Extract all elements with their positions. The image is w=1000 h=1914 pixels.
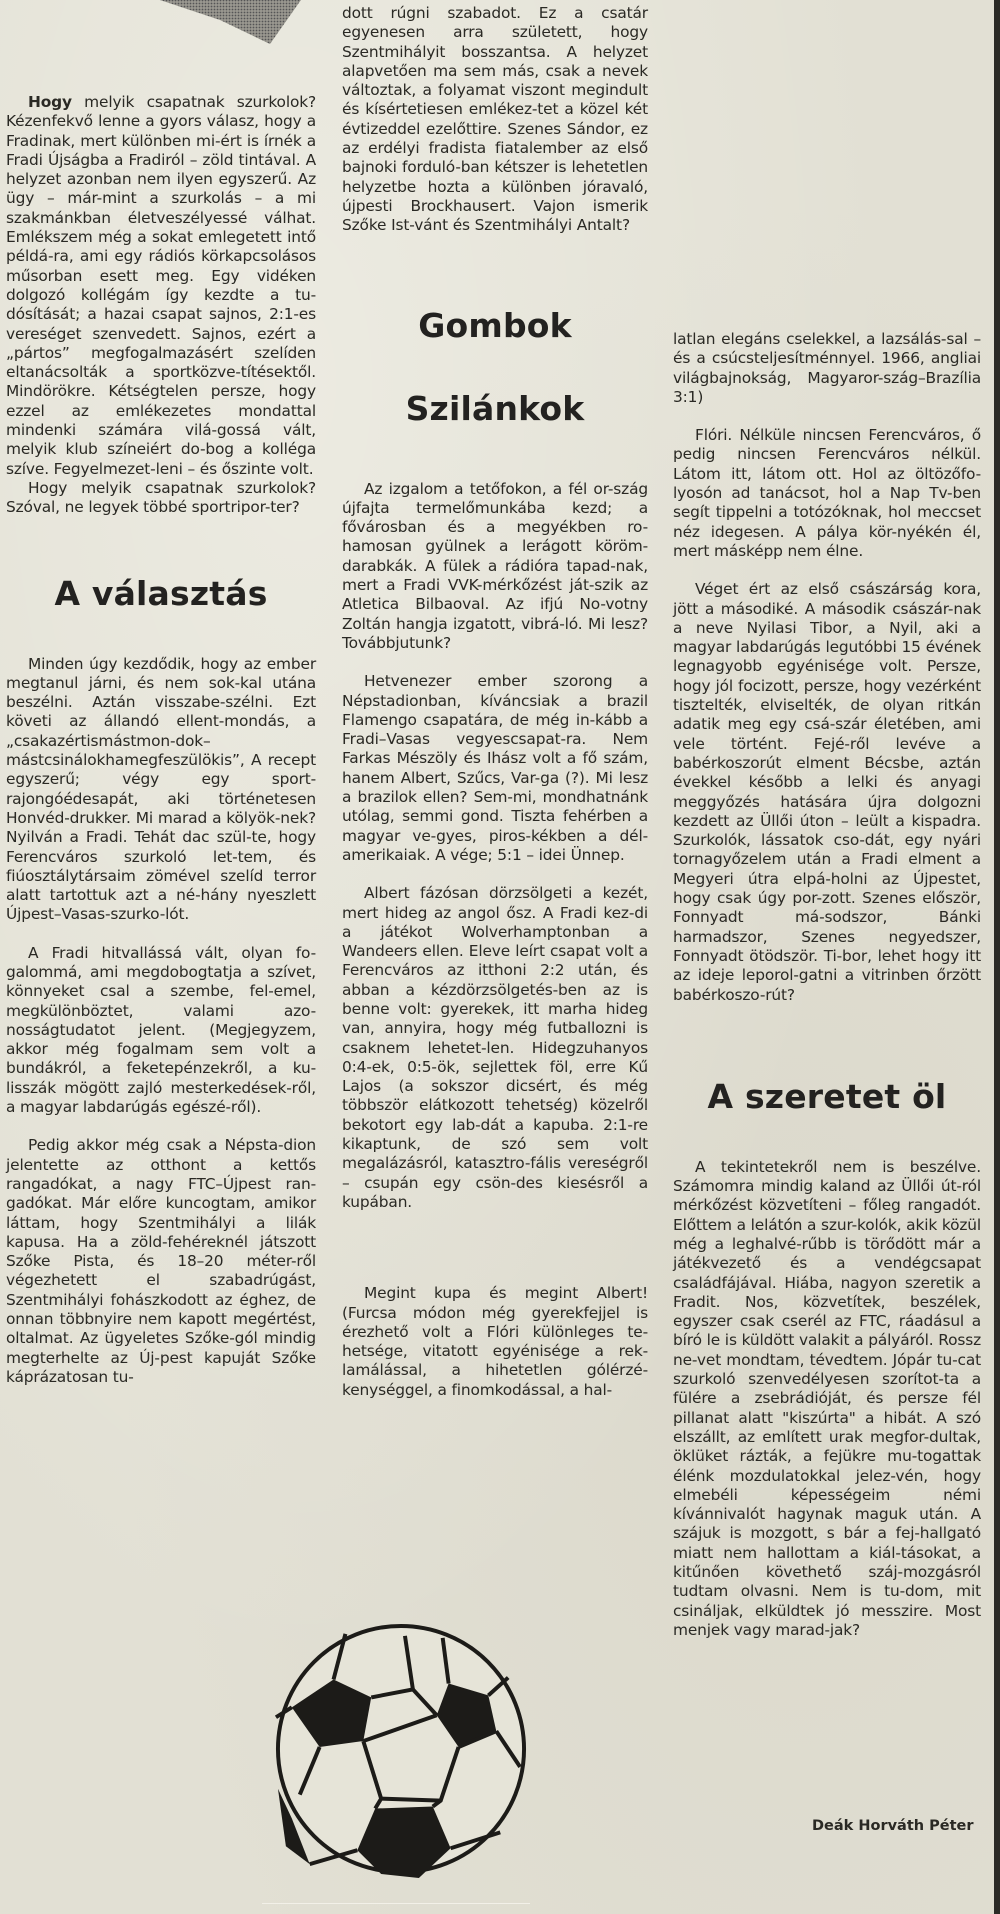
author-signature: Deák Horváth Péter [812,1818,974,1834]
left-column: Hogy melyik csapatnak szurkolok? Kézenfe… [6,0,316,1387]
continuation-paragraph: latlan elegáns cselekkel, a lazsálás-sal… [673,330,981,407]
paragraph: Pedig akkor még csak a Népsta-dion jelen… [6,1136,316,1387]
soccer-ball-icon [272,1620,530,1878]
paragraph: A tekintetekről nem is beszélve. Számomr… [673,1158,981,1640]
heading-a-valasztas: A választás [6,574,316,613]
closing-question: Hogy melyik csapatnak szurkolok? Szóval,… [6,479,316,518]
intro-lead: Hogy [28,93,72,111]
divider [262,1903,530,1904]
heading-szilankok: Szilánkok [342,389,648,428]
paragraph: Minden úgy kezdődik, hogy az ember megta… [6,655,316,925]
heading-gombok: Gombok [342,306,648,345]
page-edge [994,0,1000,1914]
paragraph: Megint kupa és megint Albert! (Furcsa mó… [342,1284,648,1400]
heading-a-szeretet-ol: A szeretet öl [673,1077,981,1116]
paragraph: Véget ért az első császárság kora, jött … [673,580,981,1005]
right-column: latlan elegáns cselekkel, a lazsálás-sal… [673,0,981,1640]
paragraph: A Fradi hitvallássá vált, olyan fo-galom… [6,944,316,1118]
intro-text: melyik csapatnak szurkolok? Kézenfekvő l… [6,93,316,478]
middle-column: dott rúgni szabadot. Ez a csatár egyenes… [342,0,648,1400]
paragraph: Az izgalom a tetőfokon, a fél or-szág új… [342,480,648,654]
paragraph: Flóri. Nélküle nincsen Ferencváros, ő pe… [673,426,981,561]
continuation-paragraph: dott rúgni szabadot. Ez a csatár egyenes… [342,4,648,236]
intro-paragraph: Hogy melyik csapatnak szurkolok? Kézenfe… [6,93,316,479]
newspaper-page: Hogy melyik csapatnak szurkolok? Kézenfe… [0,0,1000,1914]
paragraph: Albert fázósan dörzsölgeti a kezét, mert… [342,884,648,1212]
paragraph: Hetvenezer ember szorong a Népstadionban… [342,672,648,865]
